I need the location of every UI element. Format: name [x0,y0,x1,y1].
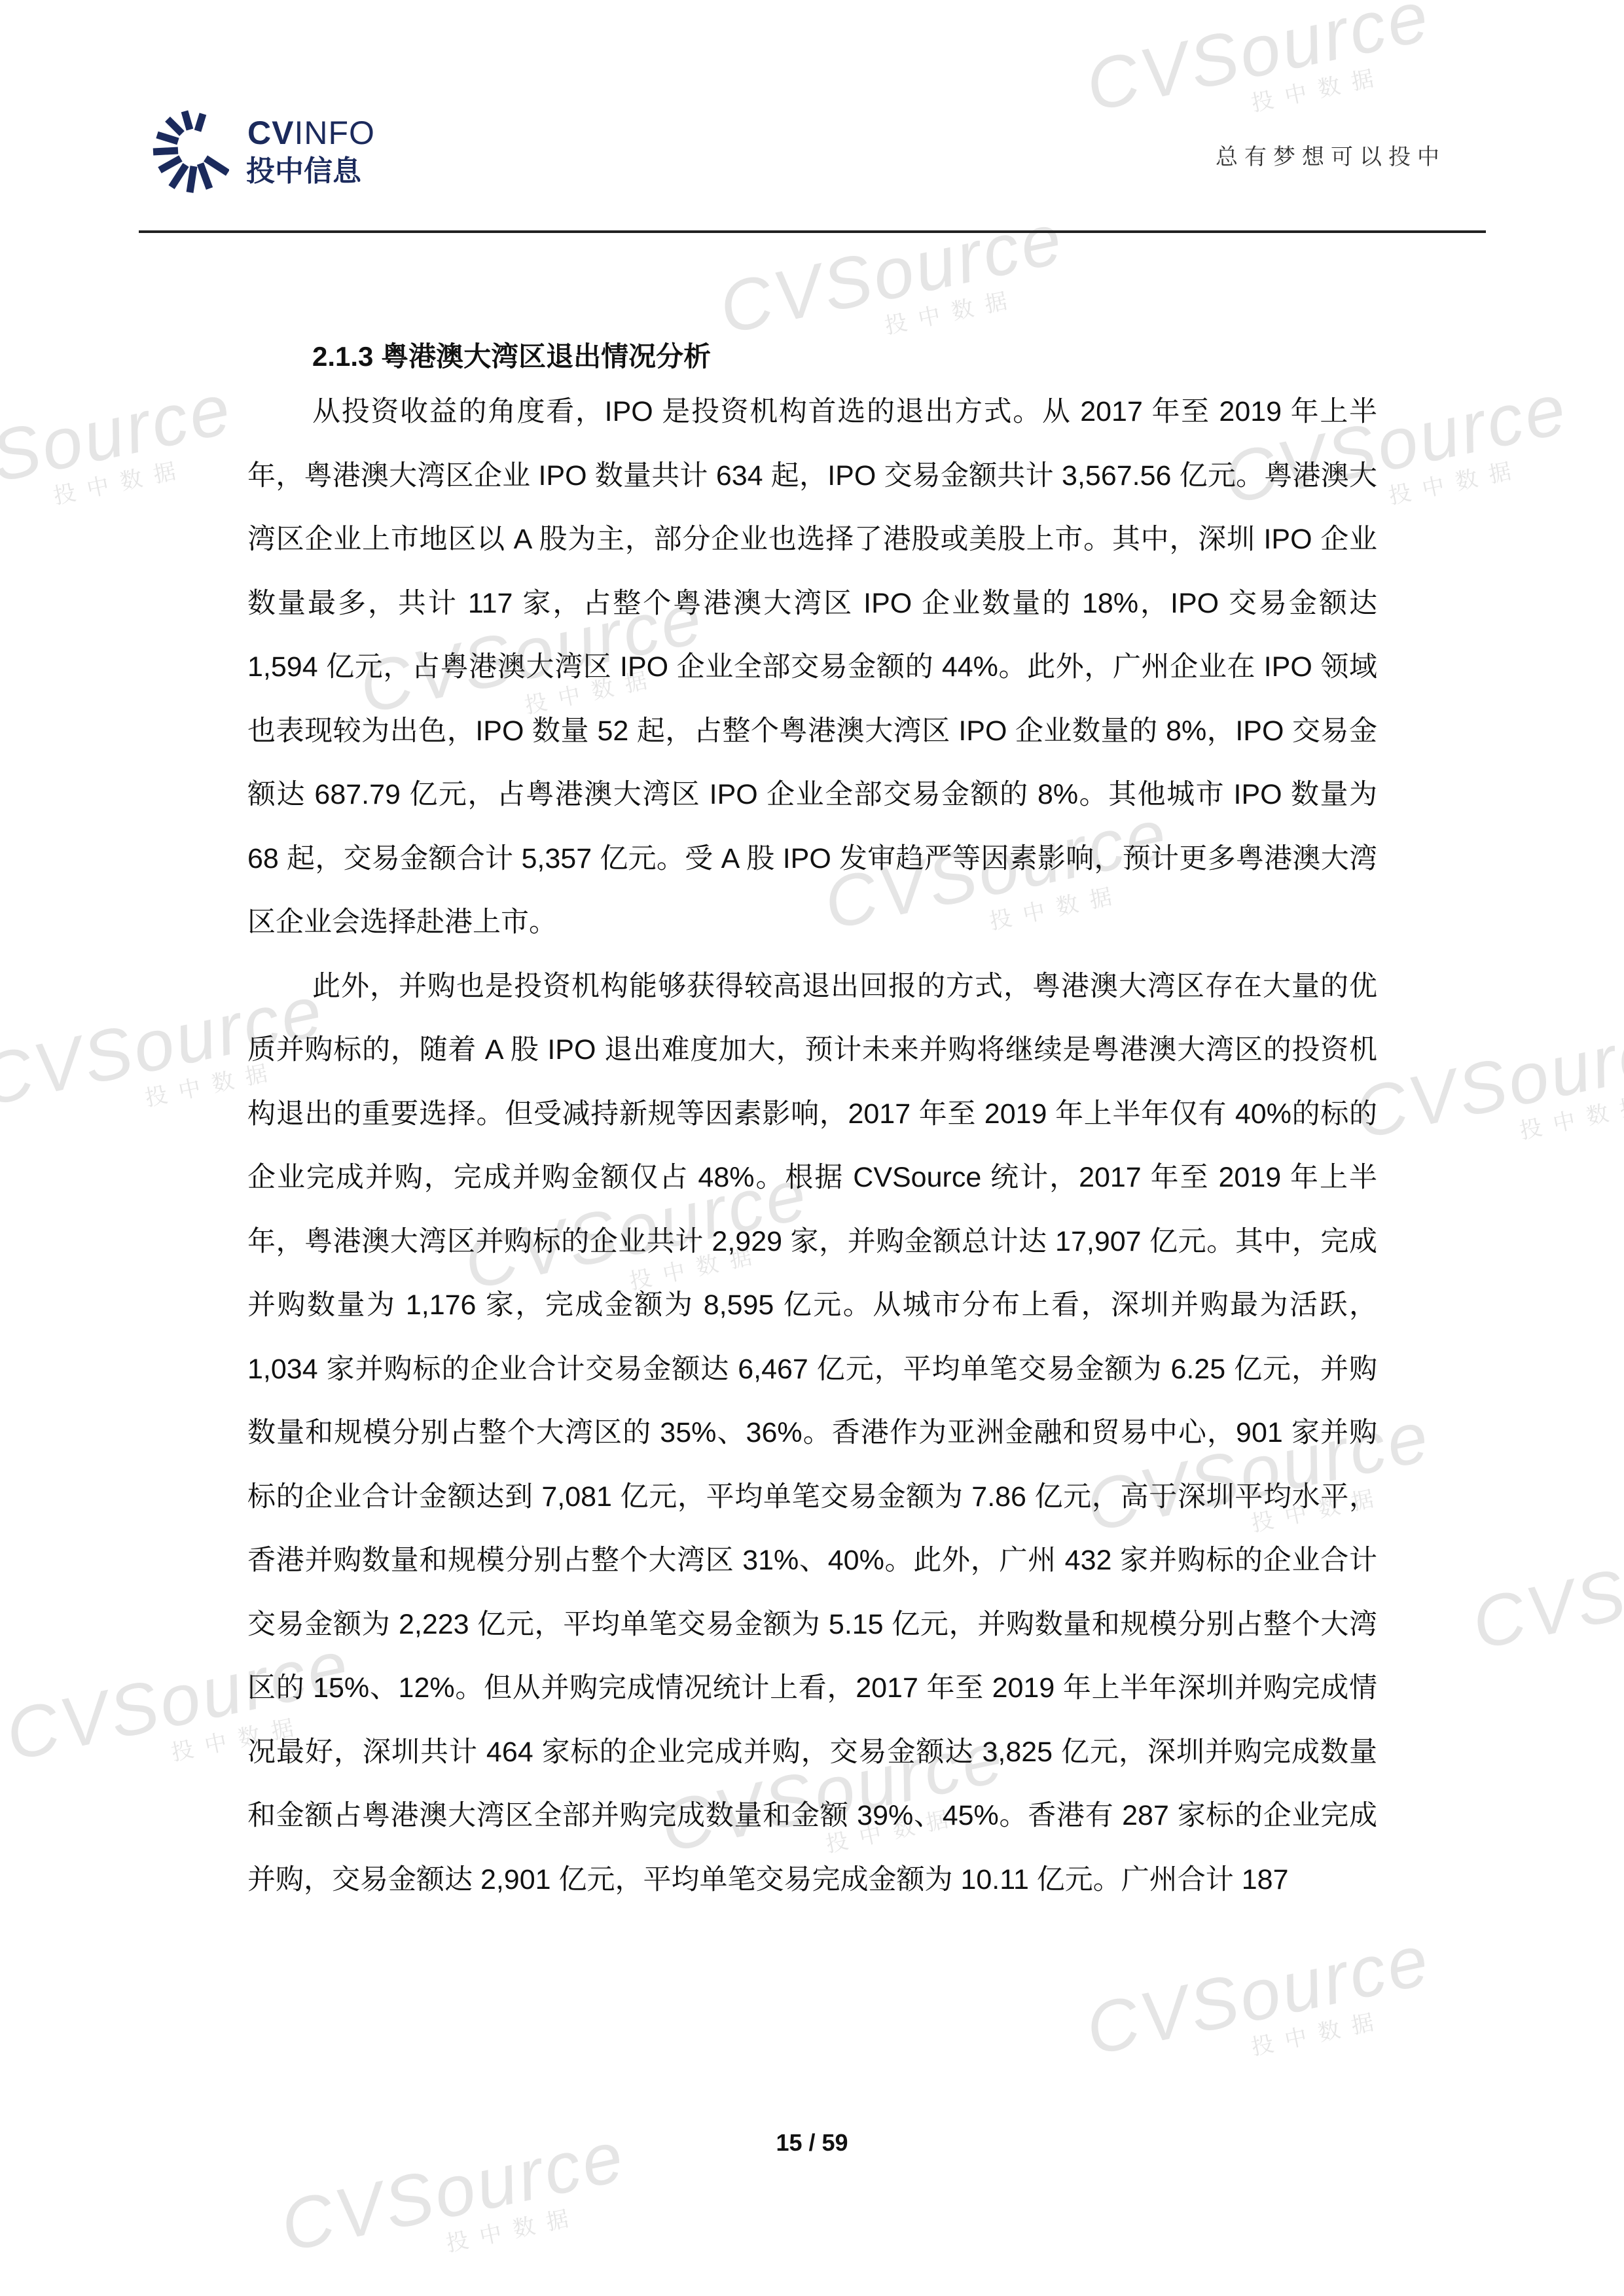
watermark: CVSource投中数据 [1466,1518,1624,1689]
header-divider [139,230,1486,233]
page-number: 15 / 59 [0,2129,1624,2157]
watermark: CVSource投中数据 [0,372,244,543]
watermark: CVSource投中数据 [1080,1924,1442,2094]
paragraph-ma: 此外，并购也是投资机构能够获得较高退出回报的方式，粤港澳大湾区存在大量的优质并购… [247,955,1377,1912]
document-body: 2.1.3 粤港澳大湾区退出情况分析 从投资收益的角度看，IPO 是投资机构首选… [247,337,1377,1912]
paragraph-ipo: 从投资收益的角度看，IPO 是投资机构首选的退出方式。从 2017 年至 201… [247,380,1377,955]
section-heading: 2.1.3 粤港澳大湾区退出情况分析 [312,337,1377,376]
logo-wordmark-en: CVINFO [247,117,375,149]
cvinfo-logo: CVINFO 投中信息 [151,105,412,196]
watermark: CVSource投中数据 [1348,1007,1624,1178]
logo-wordmark-cn: 投中信息 [246,157,361,186]
header-slogan: 总有梦想可以投中 [1216,146,1446,168]
watermark: CVSource投中数据 [1080,0,1442,151]
cvinfo-burst-icon [151,105,229,196]
